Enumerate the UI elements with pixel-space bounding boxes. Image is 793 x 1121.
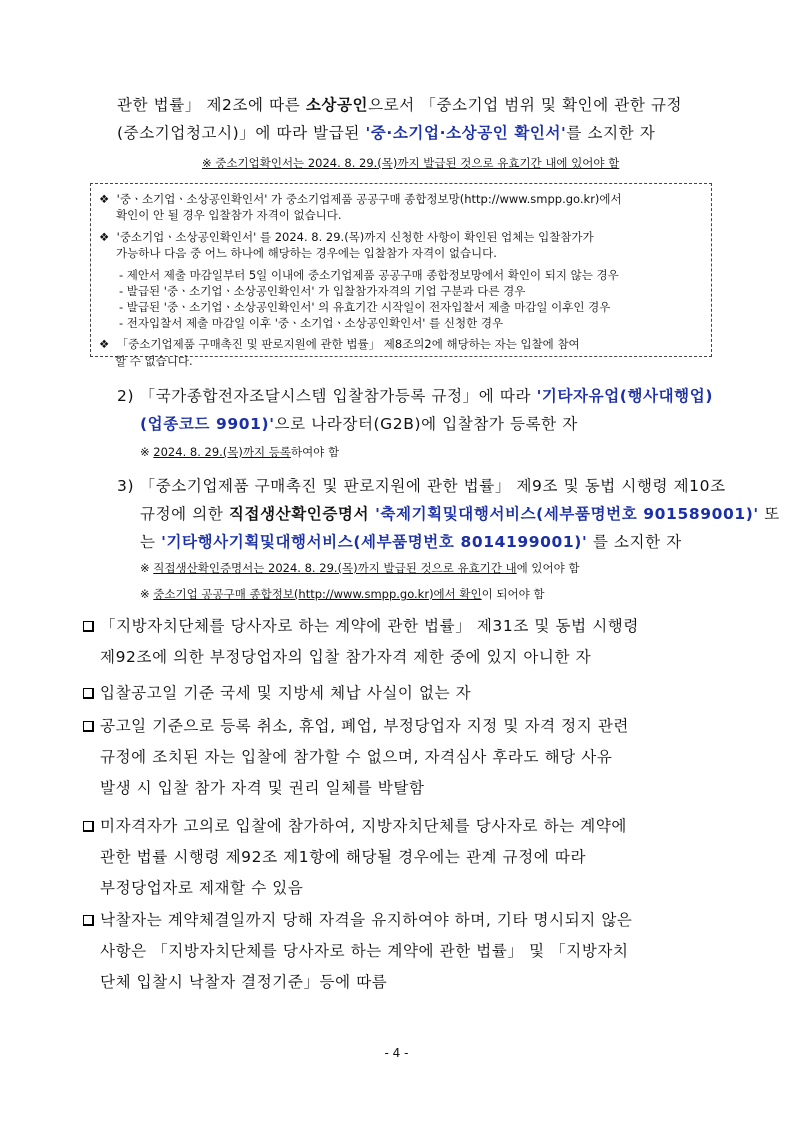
intro-note: ※ 중소기업확인서는 2024. 8. 29.(목)까지 발급된 것으로 유효기… <box>202 155 619 171</box>
text: 중소기업 공공구매 종합정보(http://www.smpp.go.kr)에서 … <box>153 587 481 601</box>
checklist-item-4-cont: 관한 법률 시행령 제92조 제1항에 해당될 경우에는 관계 규정에 따라 <box>100 845 586 867</box>
page-number: - 4 - <box>0 1046 793 1060</box>
checklist-item-5-cont: 사항은 「지방자치단체를 당사자로 하는 계약에 관한 법률」 및 「지방자치 <box>100 939 629 961</box>
text: 낙찰자는 계약체결일까지 당해 자격을 유지하여야 하며, 기타 명시되지 않은 <box>100 911 633 929</box>
notice-box: ❖ '중ㆍ소기업ㆍ소상공인확인서' 가 중소기업제품 공공구매 종합정보망(ht… <box>90 183 712 357</box>
notice-item-2-cont: 가능하나 다음 중 어느 하나에 해당하는 경우에는 입찰참가 자격이 없습니다… <box>116 245 497 261</box>
text: 는 <box>140 533 161 551</box>
note-mark: ※ <box>140 561 153 575</box>
checklist-item-1-cont: 제92조에 의한 부정당업자의 입찰 참가자격 제한 중에 있지 아니한 자 <box>100 645 591 667</box>
checklist-item-5: 낙찰자는 계약체결일까지 당해 자격을 유지하여야 하며, 기타 명시되지 않은 <box>83 908 633 930</box>
text: (중소기업청고시)」에 따라 발급된 <box>117 124 365 142</box>
checklist-item-3: 공고일 기준으로 등록 취소, 휴업, 폐업, 부정당업자 지정 및 자격 정지… <box>83 714 629 736</box>
checklist-item-4: 미자격자가 고의로 입찰에 참가하여, 지방자치단체를 당사자로 하는 계약에 <box>83 814 627 836</box>
checkbox-square-icon <box>83 721 94 732</box>
text: 규정에 의한 <box>140 505 229 523</box>
highlight-term: (업종코드 9901)' <box>140 415 275 433</box>
diamond-bullet-icon: ❖ <box>99 337 113 351</box>
text: 2024. 8. 29.(목)까지 등록 <box>153 445 291 459</box>
item3-note-1: ※ 직접생산확인증명서는 2024. 8. 29.(목)까지 발급된 것으로 유… <box>140 560 580 576</box>
bold-term: 직접생산확인증명서 <box>229 505 369 523</box>
text: 를 소지한 자 <box>587 533 681 551</box>
checkbox-square-icon <box>83 688 94 699</box>
checklist-item-4-cont: 부정당업자로 제재할 수 있음 <box>100 876 303 898</box>
checklist-item-2: 입찰공고일 기준 국세 및 지방세 체납 사실이 없는 자 <box>83 681 471 703</box>
text: 공고일 기준으로 등록 취소, 휴업, 폐업, 부정당업자 지정 및 자격 정지… <box>100 717 629 735</box>
checklist-item-3-cont: 규정에 조치된 자는 입찰에 참가할 수 없으며, 자격심사 후라도 해당 사유 <box>100 745 612 767</box>
item2-note: ※ 2024. 8. 29.(목)까지 등록하여야 함 <box>140 444 339 460</box>
item2-line-2: (업종코드 9901)'으로 나라장터(G2B)에 입찰참가 등록한 자 <box>140 412 578 434</box>
text: 2) 「국가종합전자조달시스템 입찰참가등록 규정」에 따라 <box>117 387 537 405</box>
text: '중ㆍ소기업ㆍ소상공인확인서' 가 중소기업제품 공공구매 종합정보망(http… <box>117 192 622 206</box>
checkbox-square-icon <box>83 621 94 632</box>
text: 으로 나라장터(G2B)에 입찰참가 등록한 자 <box>275 415 578 433</box>
intro-line-2: (중소기업청고시)」에 따라 발급된 '중·소기업·소상공인 확인서'를 소지한… <box>117 121 655 143</box>
text: 하여야 함 <box>291 445 339 459</box>
text: 에 있어야 함 <box>517 561 580 575</box>
highlight-term: '중·소기업·소상공인 확인서' <box>365 124 566 142</box>
bold-term: 소상공인 <box>306 96 368 114</box>
text: 「중소기업제품 구매촉진 및 판로지원에 관한 법률」 제8조의2에 해당하는 … <box>117 337 580 351</box>
diamond-bullet-icon: ❖ <box>99 192 113 206</box>
checklist-item-5-cont: 단체 입찰시 낙찰자 결정기준」등에 따름 <box>100 970 387 992</box>
document-page: 관한 법률」 제2조에 따른 소상공인으로서 「중소기업 범위 및 확인에 관한… <box>0 0 793 1121</box>
item3-line-1: 3) 「중소기업제품 구매촉진 및 판로지원에 관한 법률」 제9조 및 동법 … <box>117 474 726 496</box>
notice-item-1: ❖ '중ㆍ소기업ㆍ소상공인확인서' 가 중소기업제품 공공구매 종합정보망(ht… <box>99 191 622 207</box>
text: 직접생산확인증명서는 2024. 8. 29.(목)까지 발급된 것으로 유효기… <box>153 561 516 575</box>
notice-sub-item: - 발급된 '중ㆍ소기업ㆍ소상공인확인서' 가 입찰참가자격의 기업 구분과 다… <box>119 283 525 299</box>
text: 관한 법률」 제2조에 따른 <box>117 96 306 114</box>
intro-line-1: 관한 법률」 제2조에 따른 소상공인으로서 「중소기업 범위 및 확인에 관한… <box>117 93 682 115</box>
notice-sub-item: - 제안서 제출 마감일부터 5일 이내에 중소기업제품 공공구매 종합정보망에… <box>119 267 619 283</box>
item3-line-3: 는 '기타행사기획및대행서비스(세부품명번호 8014199001)' 를 소지… <box>140 530 682 552</box>
checklist-item-3-cont: 발생 시 입찰 참가 자격 및 권리 일체를 박탈함 <box>100 776 425 798</box>
text: 미자격자가 고의로 입찰에 참가하여, 지방자치단체를 당사자로 하는 계약에 <box>100 817 627 835</box>
notice-item-3: ❖ 「중소기업제품 구매촉진 및 판로지원에 관한 법률」 제8조의2에 해당하… <box>99 336 580 352</box>
item2-line-1: 2) 「국가종합전자조달시스템 입찰참가등록 규정」에 따라 '기타자유업(행사… <box>117 384 713 406</box>
diamond-bullet-icon: ❖ <box>99 230 113 244</box>
notice-item-1-cont: 확인이 안 될 경우 입찰참가 자격이 없습니다. <box>116 207 342 223</box>
text: 「지방자치단체를 당사자로 하는 계약에 관한 법률」 제31조 및 동법 시행… <box>100 617 639 635</box>
checkbox-square-icon <box>83 821 94 832</box>
checklist-item-1: 「지방자치단체를 당사자로 하는 계약에 관한 법률」 제31조 및 동법 시행… <box>83 614 639 636</box>
item3-line-2: 규정에 의한 직접생산확인증명서 '축제기획및대행서비스(세부품명번호 9015… <box>140 502 780 524</box>
text: 으로서 「중소기업 범위 및 확인에 관한 규정 <box>368 96 682 114</box>
highlight-term: '기타자유업(행사대행업) <box>537 387 713 405</box>
text: '중소기업ㆍ소상공인확인서' 를 2024. 8. 29.(목)까지 신청한 사… <box>117 230 594 244</box>
text: 이 되어야 함 <box>482 587 545 601</box>
note-mark: ※ <box>140 587 153 601</box>
highlight-term: '축제기획및대행서비스(세부품명번호 901589001)' <box>369 505 759 523</box>
text: 를 소지한 자 <box>566 124 655 142</box>
note-mark: ※ <box>140 445 153 459</box>
item3-note-2: ※ 중소기업 공공구매 종합정보(http://www.smpp.go.kr)에… <box>140 586 545 602</box>
notice-sub-item: - 전자입찰서 제출 마감일 이후 '중ㆍ소기업ㆍ소상공인확인서' 를 신청한 … <box>119 315 503 331</box>
highlight-term: '기타행사기획및대행서비스(세부품명번호 8014199001)' <box>161 533 587 551</box>
notice-item-3-cont: 할 수 없습니다. <box>115 353 193 369</box>
text: 또 <box>759 505 780 523</box>
notice-item-2: ❖ '중소기업ㆍ소상공인확인서' 를 2024. 8. 29.(목)까지 신청한… <box>99 229 594 245</box>
notice-sub-item: - 발급된 '중ㆍ소기업ㆍ소상공인확인서' 의 유효기간 시작일이 전자입찰서 … <box>119 299 610 315</box>
checkbox-square-icon <box>83 915 94 926</box>
text: 입찰공고일 기준 국세 및 지방세 체납 사실이 없는 자 <box>100 684 471 702</box>
